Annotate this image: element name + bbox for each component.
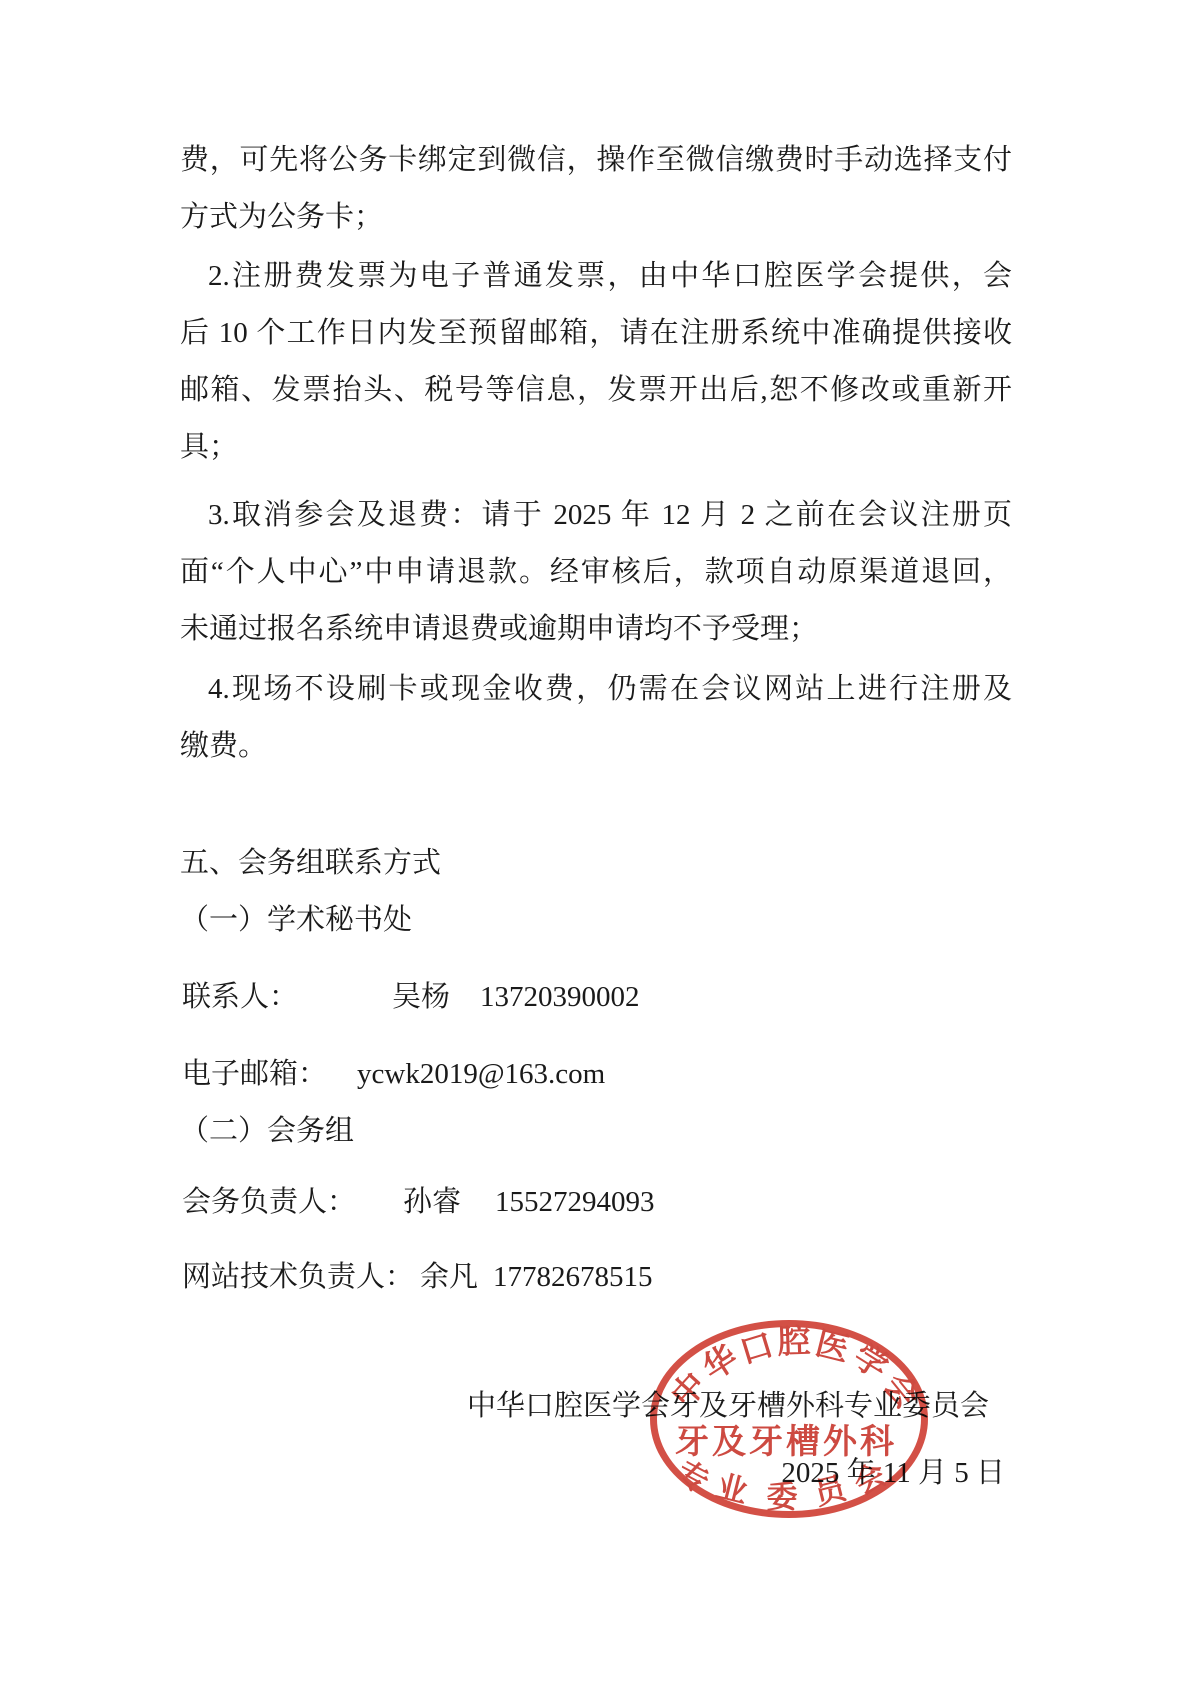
body-line-9: 未通过报名系统申请退费或逾期申请均不予受理；	[180, 601, 1012, 658]
contact-label: 网站技术负责人：	[182, 1249, 414, 1306]
contact-line-manager: 会务负责人： 孙睿 15527294093	[180, 1174, 1012, 1231]
subsection-heading-2: （二）会务组	[180, 1103, 1012, 1160]
contact-name: 吴杨	[392, 969, 450, 1026]
signature-organization: 中华口腔医学会牙及牙槽外科专业委员会	[180, 1378, 1012, 1435]
email-value: ycwk2019@163.com	[357, 1046, 605, 1103]
body-line-3: 2.注册费发票为电子普通发票，由中华口腔医学会提供，会	[180, 248, 1012, 305]
contact-name: 余凡	[420, 1249, 478, 1306]
contact-phone: 17782678515	[493, 1249, 653, 1306]
email-label: 电子邮箱：	[182, 1046, 327, 1103]
body-line-5: 邮箱、发票抬头、税号等信息，发票开出后,恕不修改或重新开	[180, 362, 1012, 419]
signature-date: 2025 年 11 月 5 日	[180, 1445, 1012, 1502]
contact-label: 会务负责人：	[182, 1174, 356, 1231]
contact-label: 联系人：	[182, 969, 298, 1026]
contact-line-email: 电子邮箱： ycwk2019@163.com	[180, 1046, 1012, 1103]
contact-name: 孙睿	[403, 1174, 461, 1231]
document-body: 费，可先将公务卡绑定到微信，操作至微信缴费时手动选择支付 方式为公务卡； 2.注…	[180, 132, 1012, 1502]
contact-phone: 13720390002	[480, 969, 640, 1026]
body-line-1: 费，可先将公务卡绑定到微信，操作至微信缴费时手动选择支付	[180, 132, 1012, 189]
section-heading: 五、会务组联系方式	[180, 835, 1012, 892]
subsection-heading-1: （一）学术秘书处	[180, 892, 1012, 949]
contact-line-person: 联系人： 吴杨 13720390002	[180, 969, 1012, 1026]
document-page: 费，可先将公务卡绑定到微信，操作至微信缴费时手动选择支付 方式为公务卡； 2.注…	[0, 0, 1190, 1683]
body-line-8: 面“个人中心”中申请退款。经审核后，款项自动原渠道退回，	[180, 544, 1012, 601]
body-line-6: 具；	[180, 419, 1012, 476]
body-line-10: 4.现场不设刷卡或现金收费，仍需在会议网站上进行注册及	[180, 661, 1012, 718]
body-line-11: 缴费。	[180, 718, 1012, 775]
body-line-4: 后 10 个工作日内发至预留邮箱，请在注册系统中准确提供接收	[180, 305, 1012, 362]
contact-phone: 15527294093	[495, 1174, 655, 1231]
body-line-2: 方式为公务卡；	[180, 189, 1012, 246]
body-line-7: 3.取消参会及退费：请于 2025 年 12 月 2 之前在会议注册页	[180, 487, 1012, 544]
contact-line-webmaster: 网站技术负责人： 余凡 17782678515	[180, 1249, 1012, 1306]
